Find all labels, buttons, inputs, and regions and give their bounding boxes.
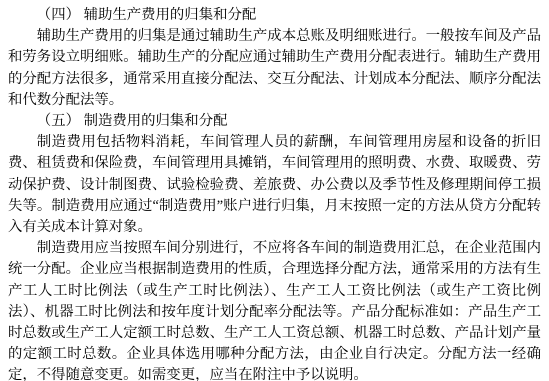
section-heading-aux-production-costs: （四） 辅助生产费用的归集和分配 [8,5,541,26]
paragraph-manufacturing-overhead-allocation: 制造费用应当按照车间分别进行，不应将各车间的制造费用汇总，在企业范围内统一分配。… [8,238,541,381]
paragraph-manufacturing-overhead-scope: 制造费用包括物料消耗，车间管理人员的薪酬，车间管理用房屋和设备的折旧费、租赁费和… [8,132,541,238]
document-page: （四） 辅助生产费用的归集和分配 辅助生产费用的归集是通过辅助生产成本总账及明细… [0,0,549,381]
section-heading-manufacturing-overhead: （五） 制造费用的归集和分配 [8,111,541,132]
paragraph-aux-production-costs: 辅助生产费用的归集是通过辅助生产成本总账及明细账进行。一般按车间及产品和劳务设立… [8,26,541,111]
